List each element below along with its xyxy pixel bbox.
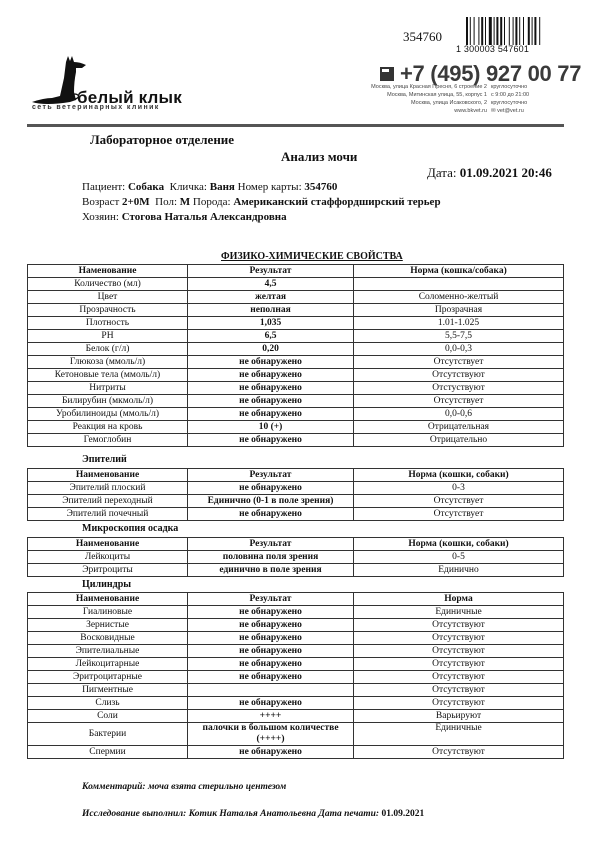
performed-value: Котик Наталья Анатольевна [189,809,316,819]
table-header-row: НаименованиеРезультатНорма (кошки, собак… [28,469,564,482]
parameter-name: Прозрачность [28,304,188,317]
norm-value: Отсутствуют [354,746,564,759]
result-value: не обнаружено [188,632,354,645]
norm-value: Отсутствует [354,508,564,521]
norm-value: 0,0-0,6 [354,408,564,421]
result-value: 4,5 [188,278,354,291]
breed-label: Порода: [193,196,231,208]
parameter-name: Гиалиновые [28,606,188,619]
norm-value: 0-3 [354,482,564,495]
cylinders-title: Цилиндры [82,579,131,590]
patient-value: Собака [128,181,164,193]
norm-value: Соломенно-желтый [354,291,564,304]
table-row: Зернистыене обнаруженоОтсутствуют [28,619,564,632]
age-label: Возраст [82,196,119,208]
result-value: не обнаружено [188,508,354,521]
print-date-value: 01.09.2021 [381,809,424,819]
result-value: половина поля зрения [188,551,354,564]
column-header: Наименование [28,593,188,606]
norm-value: 0-5 [354,551,564,564]
column-header: Результат [188,593,354,606]
column-header: Наменование [28,265,188,278]
norm-value: Отсутствуют [354,632,564,645]
breed-value: Американский стаффордширский терьер [233,196,440,208]
norm-value: Отсутствует [354,356,564,369]
website-link[interactable]: www.bkvet.ru [297,108,487,114]
norm-value: Единичные [354,606,564,619]
patient-line: Пациент: Собака Кличка: Ваня Номер карты… [82,181,337,193]
result-value [188,684,354,697]
table-row: ПрозрачностьнеполнаяПрозрачная [28,304,564,317]
document-title: Анализ мочи [281,149,357,165]
age-value: 2+0М [122,196,150,208]
table-row: Кетоновые тела (ммоль/л)не обнаруженоОтс… [28,369,564,382]
parameter-name: Слизь [28,697,188,710]
parameter-name: Зернистые [28,619,188,632]
table-row: Эпителий почечныйне обнаруженоОтсутствуе… [28,508,564,521]
result-value: не обнаружено [188,408,354,421]
table-row: Лейкоцитарныене обнаруженоОтсутствуют [28,658,564,671]
table-row: Гиалиновыене обнаруженоЕдиничные [28,606,564,619]
physchem-table: НаменованиеРезультатНорма (кошка/собака)… [27,264,564,447]
physchem-title: ФИЗИКО-ХИМИЧЕСКИЕ СВОЙСТВА [221,251,403,262]
norm-value: Отсутствуют [354,369,564,382]
parameter-name: Лейкоцитарные [28,658,188,671]
parameter-name: Лейкоциты [28,551,188,564]
result-value: не обнаружено [188,746,354,759]
norm-value: Отсутствуют [354,619,564,632]
comment-line: Комментарий: моча взята стерильно центез… [82,782,286,792]
table-row: Плотность1,0351.01-1.025 [28,317,564,330]
parameter-name: Эритроцитарные [28,671,188,684]
parameter-name: Спермии [28,746,188,759]
parameter-name: Эпителиальные [28,645,188,658]
result-value: 0,20 [188,343,354,356]
table-row: Уробилиноиды (ммоль/л)не обнаружено0,0-0… [28,408,564,421]
address-1: Москва, улица Красная Пресня, 6 строение… [297,84,487,90]
result-value: не обнаружено [188,645,354,658]
pet-name-label: Кличка: [170,181,207,193]
parameter-name: Эпителий переходный [28,495,188,508]
owner-line: Хозяин: Стогова Наталья Александровна [82,211,287,223]
email-text: vet@vet.ru [497,108,524,114]
pet-name-value: Ваня [210,181,235,193]
norm-value: 1.01-1.025 [354,317,564,330]
address-2: Москва, Митинская улица, 55, корпус 1 [297,92,487,98]
result-value: единично в поле зрения [188,564,354,577]
table-row: Лейкоцитыполовина поля зрения0-5 [28,551,564,564]
table-row: PH6,55,5-7,5 [28,330,564,343]
parameter-name: Эпителий почечный [28,508,188,521]
table-row: Эритроцитарныене обнаруженоОтсутствуют [28,671,564,684]
table-row: Слизьне обнаруженоОтсутствуют [28,697,564,710]
column-header: Наименование [28,469,188,482]
parameter-name: Эритроциты [28,564,188,577]
table-header-row: НаменованиеРезультатНорма (кошка/собака) [28,265,564,278]
epithelium-title: Эпителий [82,454,127,465]
table-row: Эпителиальныене обнаруженоОтсутствуют [28,645,564,658]
performed-label: Исследование выполнил: [82,809,186,819]
parameter-name: Реакция на кровь [28,421,188,434]
norm-value: Отсутствует [354,495,564,508]
norm-value: Отсутствуют [354,658,564,671]
comment-label: Комментарий: [82,782,146,792]
table-row: Нитритыне обнаруженоОтстуствуют [28,382,564,395]
table-row: Восковидныене обнаруженоОтсутствуют [28,632,564,645]
norm-value: Отсутствуют [354,697,564,710]
result-value: желтая [188,291,354,304]
norm-value [354,278,564,291]
result-value: не обнаружено [188,658,354,671]
logo-subtitle: сеть ветеринарных клиник [32,104,160,111]
column-header: Результат [188,265,354,278]
sediment-table: НаименованиеРезультатНорма (кошки, собак… [27,537,564,577]
parameter-name: Кетоновые тела (ммоль/л) [28,369,188,382]
email-link[interactable]: ✉ vet@vet.ru [491,108,524,114]
column-header: Норма (кошка/собака) [354,265,564,278]
calculator-phone-icon [380,67,394,81]
table-row: ЦветжелтаяСоломенно-желтый [28,291,564,304]
result-value: не обнаружено [188,619,354,632]
parameter-name: Эпителий плоский [28,482,188,495]
norm-value: Отстуствуют [354,382,564,395]
result-value: не обнаружено [188,606,354,619]
norm-value: 0,0-0,3 [354,343,564,356]
norm-value: Единичные [354,723,564,746]
card-number: 354760 [403,29,442,45]
parameter-name: Билирубин (мкмоль/л) [28,395,188,408]
column-header: Результат [188,538,354,551]
parameter-name: PH [28,330,188,343]
result-value: не обнаружено [188,482,354,495]
table-row: Гемоглобинне обнаруженоОтрицательно [28,434,564,447]
norm-value: Отсутствуют [354,671,564,684]
norm-value: Отсутствуют [354,684,564,697]
date-label: Дата: [427,165,457,180]
patient-label: Пациент: [82,181,125,193]
norm-value: Единично [354,564,564,577]
table-row: Белок (г/л)0,200,0-0,3 [28,343,564,356]
owner-value: Стогова Наталья Александровна [122,211,287,223]
column-header: Норма (кошки, собаки) [354,538,564,551]
result-value: палочки в большом количестве (++++) [188,723,354,746]
sediment-title: Микроскопия осадка [82,523,178,534]
norm-value: 5,5-7,5 [354,330,564,343]
parameter-name: Нитриты [28,382,188,395]
column-header: Норма (кошки, собаки) [354,469,564,482]
norm-value: Отрицательная [354,421,564,434]
parameter-name: Уробилиноиды (ммоль/л) [28,408,188,421]
hours-3: круглосуточно [491,100,527,106]
age-line: Возраст 2+0М Пол: М Порода: Американский… [82,196,441,208]
cylinders-table: НаименованиеРезультатНормаГиалиновыене о… [27,592,564,759]
norm-value: Прозрачная [354,304,564,317]
table-header-row: НаименованиеРезультатНорма (кошки, собак… [28,538,564,551]
epithelium-table: НаименованиеРезультатНорма (кошки, собак… [27,468,564,521]
result-value: Единично (0-1 в поле зрения) [188,495,354,508]
date-value: 01.09.2021 20:46 [460,165,552,180]
parameter-name: Соли [28,710,188,723]
result-value: не обнаружено [188,356,354,369]
table-row: Спермиине обнаруженоОтсутствуют [28,746,564,759]
comment-value: моча взята стерильно центезом [148,782,286,792]
table-row: Бактериипалочки в большом количестве (++… [28,723,564,746]
table-row: Соли++++Варьируют [28,710,564,723]
card-label: Номер карты: [238,181,302,193]
table-row: Количество (мл)4,5 [28,278,564,291]
result-value: не обнаружено [188,697,354,710]
norm-value: Отрицательно [354,434,564,447]
sex-value: М [180,196,190,208]
parameter-name: Глюкоза (ммоль/л) [28,356,188,369]
print-date-label: Дата печати: [318,809,379,819]
result-value: 6,5 [188,330,354,343]
department-label: Лабораторное отделение [90,132,234,148]
header-divider [27,124,564,127]
result-value: не обнаружено [188,395,354,408]
parameter-name: Количество (мл) [28,278,188,291]
parameter-name: Бактерии [28,723,188,746]
barcode-number: 1 300003 547601 [456,44,529,54]
date-line: Дата: 01.09.2021 20:46 [427,165,552,181]
parameter-name: Восковидные [28,632,188,645]
column-header: Норма [354,593,564,606]
norm-value: Варьируют [354,710,564,723]
result-value: 10 (+) [188,421,354,434]
table-row: ПигментныеОтсутствуют [28,684,564,697]
sex-label: Пол: [155,196,177,208]
address-3: Москва, улица Исаковского, 2 [297,100,487,106]
result-value: 1,035 [188,317,354,330]
norm-value: Отсутствует [354,395,564,408]
table-row: Эпителий плоскийне обнаружено0-3 [28,482,564,495]
hours-2: с 9:00 до 21:00 [491,92,529,98]
result-value: не обнаружено [188,434,354,447]
hours-1: круглосуточно [491,84,527,90]
result-value: не обнаружено [188,369,354,382]
table-row: Эритроцитыединично в поле зренияЕдинично [28,564,564,577]
result-value: не обнаружено [188,671,354,684]
performed-line: Исследование выполнил: Котик Наталья Ана… [82,809,424,819]
table-row: Глюкоза (ммоль/л)не обнаруженоОтсутствуе… [28,356,564,369]
table-row: Билирубин (мкмоль/л)не обнаруженоОтсутст… [28,395,564,408]
result-value: ++++ [188,710,354,723]
table-row: Эпителий переходныйЕдинично (0-1 в поле … [28,495,564,508]
column-header: Наименование [28,538,188,551]
parameter-name: Плотность [28,317,188,330]
norm-value: Отсутствуют [354,645,564,658]
parameter-name: Белок (г/л) [28,343,188,356]
table-row: Реакция на кровь10 (+)Отрицательная [28,421,564,434]
column-header: Результат [188,469,354,482]
parameter-name: Гемоглобин [28,434,188,447]
result-value: не обнаружено [188,382,354,395]
result-value: неполная [188,304,354,317]
parameter-name: Цвет [28,291,188,304]
table-header-row: НаименованиеРезультатНорма [28,593,564,606]
owner-label: Хозяин: [82,211,119,223]
card-value: 354760 [304,181,337,193]
parameter-name: Пигментные [28,684,188,697]
